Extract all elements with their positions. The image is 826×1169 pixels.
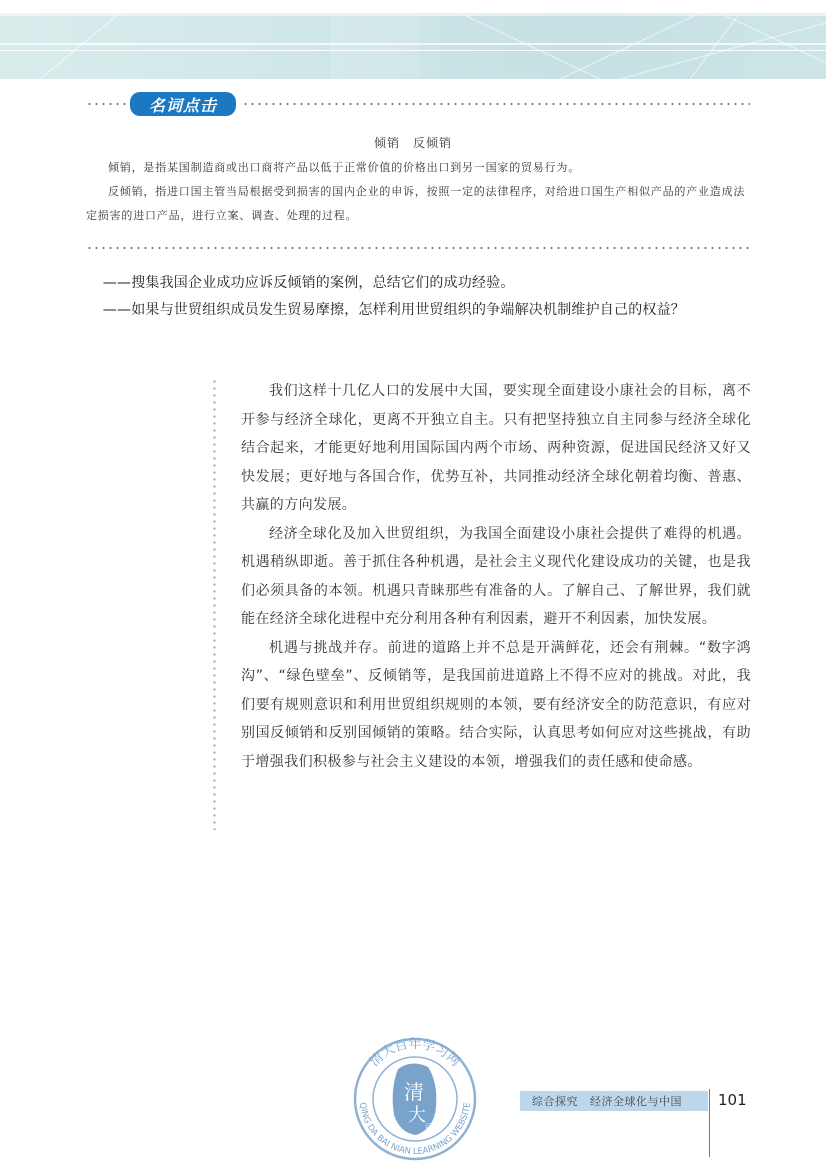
term-title: 倾销 反倾销 xyxy=(0,134,826,151)
essay-body: 我们这样十几亿人口的发展中大国，要实现全面建设小康社会的目标，离不开参与经济全球… xyxy=(241,377,751,776)
header-lines-decoration xyxy=(0,13,826,79)
dotted-divider xyxy=(86,103,126,105)
term-definition-antidumping: 反倾销，指进口国主管当局根据受到损害的国内企业的申诉，按照一定的法律程序，对给进… xyxy=(86,180,750,228)
dotted-divider xyxy=(242,103,750,105)
footer-chapter-label: 经济全球化与中国 xyxy=(590,1093,682,1109)
term-definition-dumping: 倾销，是指某国制造商或出口商将产品以低于正常价值的价格出口到另一国家的贸易行为。 xyxy=(86,156,750,180)
page-number: 101 xyxy=(718,1091,747,1109)
dotted-divider xyxy=(86,247,750,249)
question-item: ——如果与世贸组织成员发生贸易摩擦，怎样利用世贸组织的争端解决机制维护自己的权益… xyxy=(86,297,750,323)
essay-paragraph: 机遇与挑战并存。前进的道路上并不总是开满鲜花，还会有荆棘。“数字鸿沟”、“绿色壁… xyxy=(241,634,751,777)
question-item: ——搜集我国企业成功应诉反倾销的案例，总结它们的成功经验。 xyxy=(86,270,750,296)
essay-paragraph: 经济全球化及加入世贸组织，为我国全面建设小康社会提供了难得的机遇。机遇稍纵即逝。… xyxy=(241,520,751,634)
footer-vertical-rule xyxy=(709,1089,710,1157)
essay-dotted-rule xyxy=(213,378,216,830)
svg-text:清: 清 xyxy=(404,1080,424,1104)
term-label-badge: 名词点击 xyxy=(130,92,236,116)
svg-text:百年: 百年 xyxy=(424,1123,432,1138)
essay-paragraph: 我们这样十几亿人口的发展中大国，要实现全面建设小康社会的目标，离不开参与经济全球… xyxy=(241,377,751,520)
header-band xyxy=(0,13,826,79)
footer-section-label: 综合探究 xyxy=(532,1093,578,1109)
watermark-seal-icon: 清大百年学习网 QING DA BAI NIAN LEARNING WEBSIT… xyxy=(346,1037,484,1161)
term-box-header: 名词点击 xyxy=(86,92,750,116)
footer-section-bar: 综合探究 经济全球化与中国 xyxy=(520,1091,708,1111)
